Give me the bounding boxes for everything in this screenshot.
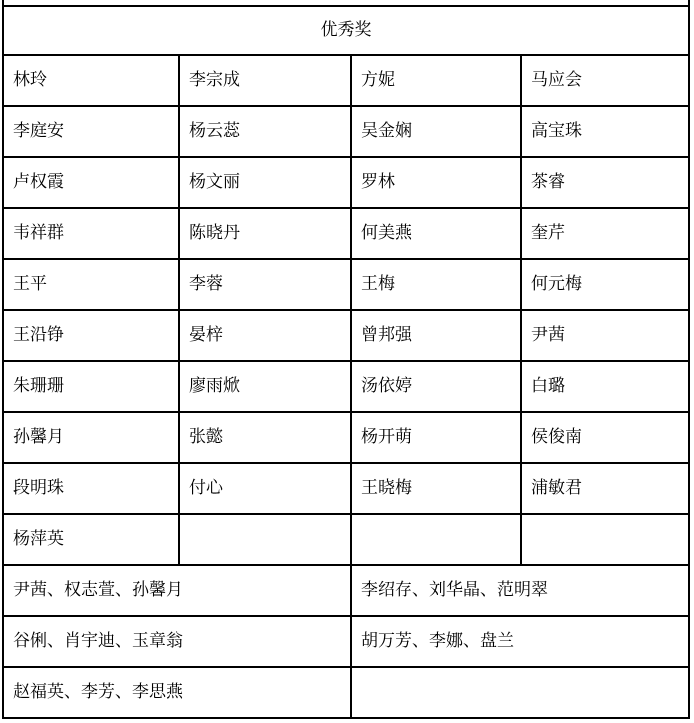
name-cell: 茶睿 (521, 157, 689, 208)
name-cell: 杨萍英 (3, 514, 179, 565)
name-cell: 方妮 (351, 55, 521, 106)
name-cell: 林玲 (3, 55, 179, 106)
name-cell: 李蓉 (179, 259, 351, 310)
name-cell: 李绍存、刘华晶、范明翠 (351, 565, 689, 616)
name-cell: 奎芹 (521, 208, 689, 259)
name-cell: 吴金娴 (351, 106, 521, 157)
name-cell: 韦祥群 (3, 208, 179, 259)
name-cell: 高宝珠 (521, 106, 689, 157)
name-cell: 马应会 (521, 55, 689, 106)
name-cell: 王晓梅 (351, 463, 521, 514)
name-cell: 杨开萌 (351, 412, 521, 463)
name-cell: 浦敏君 (521, 463, 689, 514)
name-cell: 胡万芳、李娜、盘兰 (351, 616, 689, 667)
name-cell: 侯俊南 (521, 412, 689, 463)
table-row: 尹茜、权志萱、孙馨月李绍存、刘华晶、范明翠 (3, 565, 689, 616)
name-cell: 杨文丽 (179, 157, 351, 208)
table-row: 杨萍英 (3, 514, 689, 565)
name-cell: 王梅 (351, 259, 521, 310)
name-cell: 谷俐、肖宇迪、玉章翁 (3, 616, 351, 667)
table-row: 韦祥群陈晓丹何美燕奎芹 (3, 208, 689, 259)
name-cell: 杨云蕊 (179, 106, 351, 157)
name-cell: 张懿 (179, 412, 351, 463)
name-cell: 廖雨焮 (179, 361, 351, 412)
table-row: 谷俐、肖宇迪、玉章翁胡万芳、李娜、盘兰 (3, 616, 689, 667)
name-cell: 曾邦强 (351, 310, 521, 361)
name-cell: 王平 (3, 259, 179, 310)
table-row: 朱珊珊廖雨焮汤依婷白璐 (3, 361, 689, 412)
name-cell: 卢权霞 (3, 157, 179, 208)
name-cell (351, 514, 521, 565)
award-title-cell: 优秀奖 (3, 6, 689, 55)
name-cell: 尹茜 (521, 310, 689, 361)
name-cell: 罗林 (351, 157, 521, 208)
table-row: 段明珠付心王晓梅浦敏君 (3, 463, 689, 514)
name-cell: 王沿铮 (3, 310, 179, 361)
table-row: 王平李蓉王梅何元梅 (3, 259, 689, 310)
name-cell (521, 514, 689, 565)
table-row: 王沿铮晏梓曾邦强尹茜 (3, 310, 689, 361)
table-row: 赵福英、李芳、李思燕 (3, 667, 689, 718)
table-row: 卢权霞杨文丽罗林茶睿 (3, 157, 689, 208)
table-row: 李庭安杨云蕊吴金娴高宝珠 (3, 106, 689, 157)
name-cell: 晏梓 (179, 310, 351, 361)
award-title-row: 优秀奖 (3, 6, 689, 55)
name-cell: 白璐 (521, 361, 689, 412)
name-cell: 李庭安 (3, 106, 179, 157)
name-cell (351, 667, 689, 718)
table-viewport: 优秀奖 林玲李宗成方妮马应会李庭安杨云蕊吴金娴高宝珠卢权霞杨文丽罗林茶睿韦祥群陈… (2, 0, 692, 719)
table-row: 林玲李宗成方妮马应会 (3, 55, 689, 106)
name-cell: 陈晓丹 (179, 208, 351, 259)
name-cell: 汤依婷 (351, 361, 521, 412)
name-cell: 李宗成 (179, 55, 351, 106)
names-tbody: 优秀奖 林玲李宗成方妮马应会李庭安杨云蕊吴金娴高宝珠卢权霞杨文丽罗林茶睿韦祥群陈… (3, 0, 689, 718)
name-cell: 赵福英、李芳、李思燕 (3, 667, 351, 718)
award-table: 优秀奖 林玲李宗成方妮马应会李庭安杨云蕊吴金娴高宝珠卢权霞杨文丽罗林茶睿韦祥群陈… (2, 0, 690, 719)
name-cell: 尹茜、权志萱、孙馨月 (3, 565, 351, 616)
name-cell: 何元梅 (521, 259, 689, 310)
name-cell: 孙馨月 (3, 412, 179, 463)
name-cell: 朱珊珊 (3, 361, 179, 412)
name-cell (179, 514, 351, 565)
name-cell: 何美燕 (351, 208, 521, 259)
document-page: 优秀奖 林玲李宗成方妮马应会李庭安杨云蕊吴金娴高宝珠卢权霞杨文丽罗林茶睿韦祥群陈… (0, 0, 694, 723)
table-row: 孙馨月张懿杨开萌侯俊南 (3, 412, 689, 463)
name-cell: 付心 (179, 463, 351, 514)
name-cell: 段明珠 (3, 463, 179, 514)
